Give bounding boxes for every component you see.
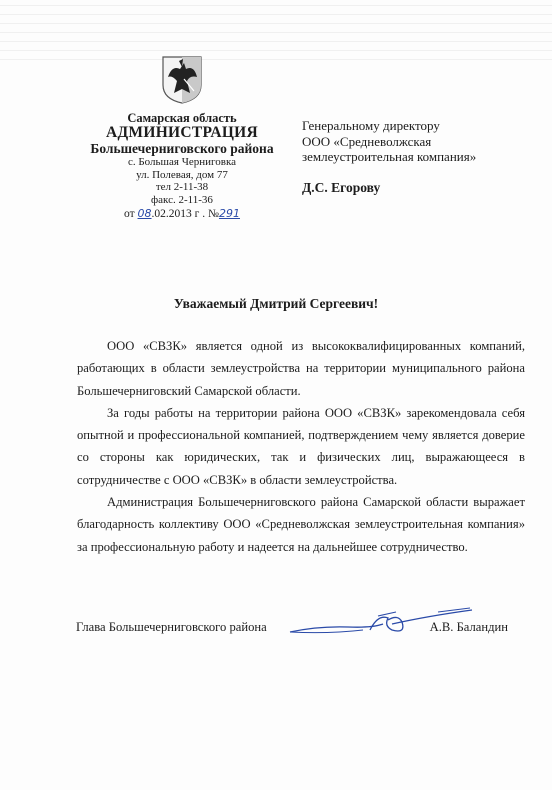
street-address: ул. Полевая, дом 77 <box>84 169 280 182</box>
addressee-line: землеустроительная компания» <box>302 149 532 165</box>
salutation: Уважаемый Дмитрий Сергеевич! <box>0 296 552 312</box>
date-prefix: от <box>124 208 135 220</box>
paper-showthrough <box>0 0 552 60</box>
number-handwritten: 291 <box>219 207 240 220</box>
village-address: с. Большая Черниговка <box>84 156 280 169</box>
addressee-name: Д.С. Егорову <box>302 180 532 196</box>
body-paragraph: ООО «СВЗК» является одной из высококвали… <box>77 335 525 402</box>
letterhead: Самарская область АДМИНИСТРАЦИЯ Большече… <box>84 55 280 221</box>
signatory-name: А.В. Баландин <box>430 620 508 635</box>
body-paragraph: Администрация Большечерниговского района… <box>77 491 525 558</box>
signatory-title: Глава Большечерниговского района <box>76 620 267 635</box>
date-rest: .02.2013 г . <box>152 208 206 220</box>
letter-date-and-number: от 08.02.2013 г . №291 <box>84 207 280 221</box>
body-paragraph: За годы работы на территории района ООО … <box>77 402 525 491</box>
district-name: Большечерниговского района <box>84 141 280 156</box>
phone-number: тел 2-11-38 <box>84 181 280 194</box>
number-prefix: № <box>208 208 219 220</box>
addressee-block: Генеральному директору ООО «Средневолжск… <box>302 118 532 195</box>
addressee-line: Генеральному директору <box>302 118 532 134</box>
letter-body: ООО «СВЗК» является одной из высококвали… <box>77 335 525 558</box>
coat-of-arms-icon <box>160 55 204 105</box>
addressee-line: ООО «Средневолжская <box>302 134 532 150</box>
date-day-handwritten: 08 <box>138 207 152 220</box>
organization-name: АДМИНИСТРАЦИЯ <box>84 125 280 141</box>
letter-page: Самарская область АДМИНИСТРАЦИЯ Большече… <box>0 0 552 790</box>
region-name: Самарская область <box>84 111 280 125</box>
signature-block: Глава Большечерниговского района А.В. Ба… <box>76 614 516 644</box>
fax-number: факс. 2-11-36 <box>84 194 280 207</box>
